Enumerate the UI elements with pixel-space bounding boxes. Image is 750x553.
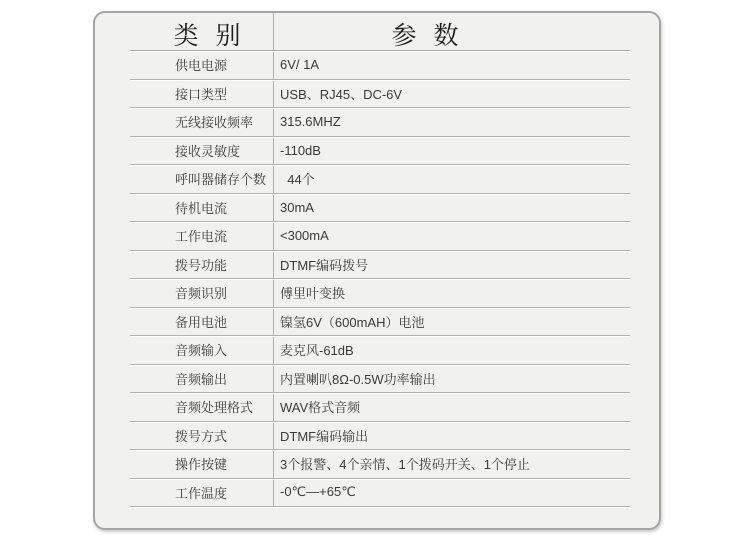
row-value: -110dB [273,137,630,165]
spec-card: 类 别 参 数 供电电源 6V/ 1A 接口类型 USB、RJ45、DC-6V … [93,11,661,530]
row-value: 44个 [273,165,630,193]
row-value: 6V/ 1A [273,51,630,79]
row-value: 内置喇叭8Ω-0.5W功率输出 [273,365,630,393]
row-value: WAV格式音频 [273,393,630,421]
row-label: 音频处理格式 [130,393,273,421]
row-label: 接口类型 [130,80,273,108]
row-label: 拨号方式 [130,422,273,450]
row-label: 音频识别 [130,279,273,307]
header-parameter: 参 数 [273,13,630,50]
row-label: 音频输出 [130,365,273,393]
row-label: 呼叫器储存个数 [130,165,273,193]
row-value: USB、RJ45、DC-6V [273,80,630,108]
table-row: 供电电源 6V/ 1A [130,51,630,80]
spec-rows: 供电电源 6V/ 1A 接口类型 USB、RJ45、DC-6V 无线接收频率 3… [130,51,630,507]
row-value: 镍氢6V（600mAH）电池 [273,308,630,336]
row-label: 无线接收频率 [130,108,273,136]
table-row: 音频输出 内置喇叭8Ω-0.5W功率输出 [130,365,630,394]
table-row: 音频输入 麦克风-61dB [130,336,630,365]
table-row: 接收灵敏度 -110dB [130,137,630,166]
row-label: 备用电池 [130,308,273,336]
table-row: 接口类型 USB、RJ45、DC-6V [130,80,630,109]
row-label: 拨号功能 [130,251,273,279]
row-value: DTMF编码拨号 [273,251,630,279]
table-row: 拨号方式 DTMF编码输出 [130,422,630,451]
row-value: 麦克风-61dB [273,336,630,364]
header-category: 类 别 [130,13,273,50]
row-value: 315.6MHZ [273,108,630,136]
row-label: 待机电流 [130,194,273,222]
row-label: 供电电源 [130,51,273,79]
table-row: 拨号功能 DTMF编码拨号 [130,251,630,280]
row-value: 傅里叶变换 [273,279,630,307]
row-value: 3个报警、4个亲情、1个拨码开关、1个停止 [273,450,630,478]
table-row: 操作按键 3个报警、4个亲情、1个拨码开关、1个停止 [130,450,630,479]
row-value: <300mA [273,222,630,250]
table-row: 无线接收频率 315.6MHZ [130,108,630,137]
table-row: 备用电池 镍氢6V（600mAH）电池 [130,308,630,337]
row-label: 音频输入 [130,336,273,364]
table-row: 呼叫器储存个数 44个 [130,165,630,194]
table-row: 音频处理格式 WAV格式音频 [130,393,630,422]
table-row: 音频识别 傅里叶变换 [130,279,630,308]
table-row: 待机电流 30mA [130,194,630,223]
table-header-row: 类 别 参 数 [130,13,630,51]
row-value: -0℃—+65℃ [273,479,630,507]
table-row: 工作温度 -0℃—+65℃ [130,479,630,508]
row-label: 接收灵敏度 [130,137,273,165]
row-value: 30mA [273,194,630,222]
row-label: 工作温度 [130,479,273,507]
table-row: 工作电流 <300mA [130,222,630,251]
row-value: DTMF编码输出 [273,422,630,450]
row-label: 操作按键 [130,450,273,478]
row-label: 工作电流 [130,222,273,250]
